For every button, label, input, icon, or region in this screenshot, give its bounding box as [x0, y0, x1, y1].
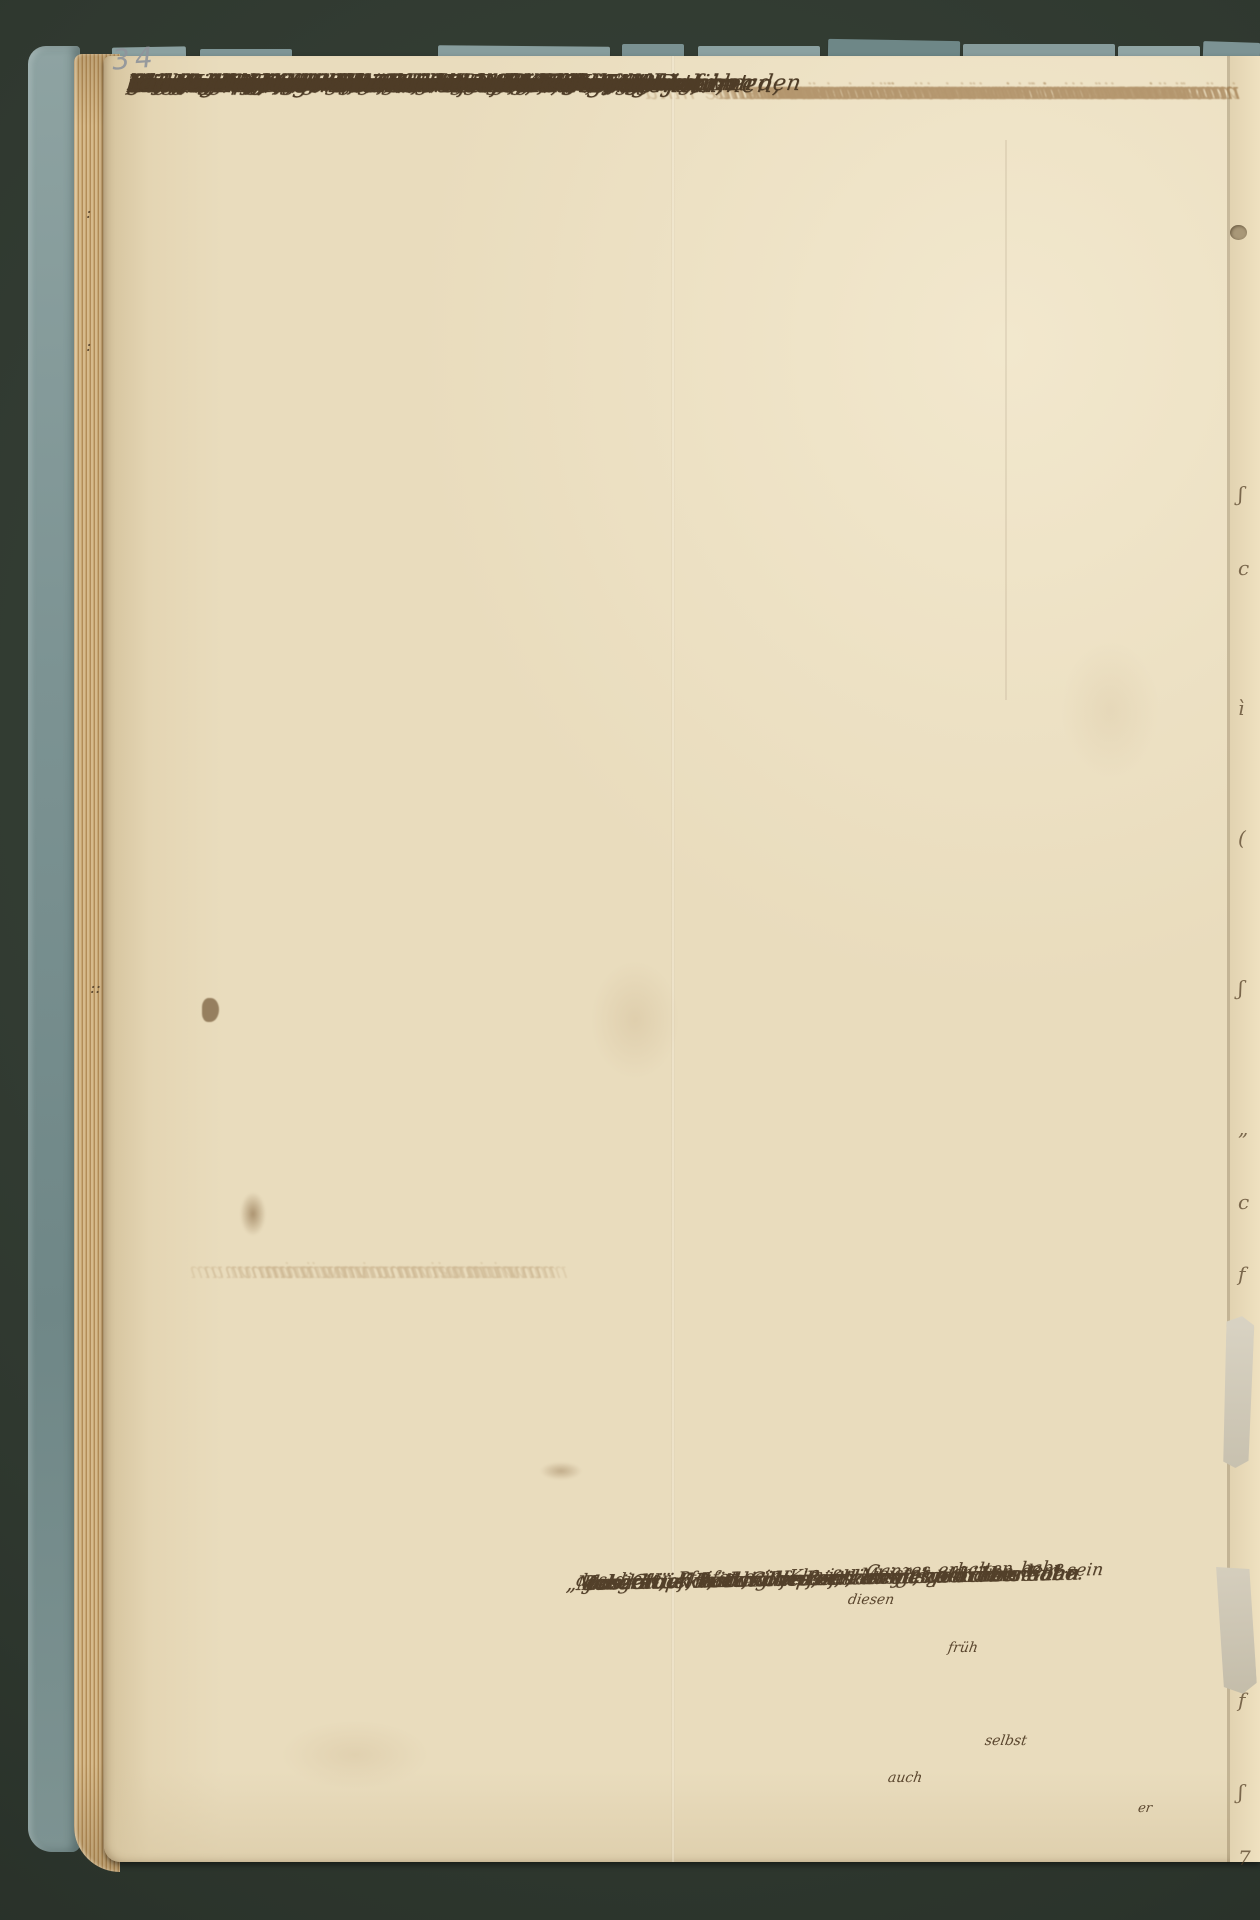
edge-glyph: „ — [1238, 1116, 1248, 1140]
edge-glyph: c — [1238, 1190, 1249, 1214]
edge-glyph: ʃ — [1238, 976, 1243, 1000]
interlinear-insertion: er — [1137, 1801, 1153, 1816]
main-handwriting-column: Wie Lutwig v: Beethoven von seinem Vater… — [128, 62, 703, 1592]
interlinear-insertion: früh — [947, 1640, 979, 1656]
interlinear-insertion: selbst — [984, 1733, 1028, 1749]
interlinear-insertion: diesen — [847, 1592, 896, 1608]
manuscript-photo: mnu unvm nmmu imnn vnum mnnv umne mnunmv… — [0, 0, 1260, 1920]
foxing-spot — [280, 1720, 430, 1790]
margin-mark: : — [86, 203, 91, 222]
edge-glyph: ʃ — [1238, 482, 1243, 506]
margin-mark: :: — [90, 978, 101, 997]
edge-glyph: c — [1238, 556, 1249, 580]
edge-glyph: ì — [1238, 696, 1244, 720]
interlinear-insertion: auch — [887, 1770, 924, 1786]
edge-glyph: ( — [1238, 826, 1246, 850]
margin-mark: : — [86, 336, 91, 355]
edge-glyph: ʃ — [1238, 1780, 1243, 1804]
edge-glyph: 7 — [1238, 1846, 1251, 1870]
edge-glyph: f — [1238, 1262, 1245, 1286]
handwriting-line: Ganzes erhalten habe. — [864, 1553, 1072, 1587]
book-cover-edge — [28, 46, 80, 1852]
handwriting-line: Tag, zu Tag, gut zugenommen, ″ — [125, 62, 515, 105]
